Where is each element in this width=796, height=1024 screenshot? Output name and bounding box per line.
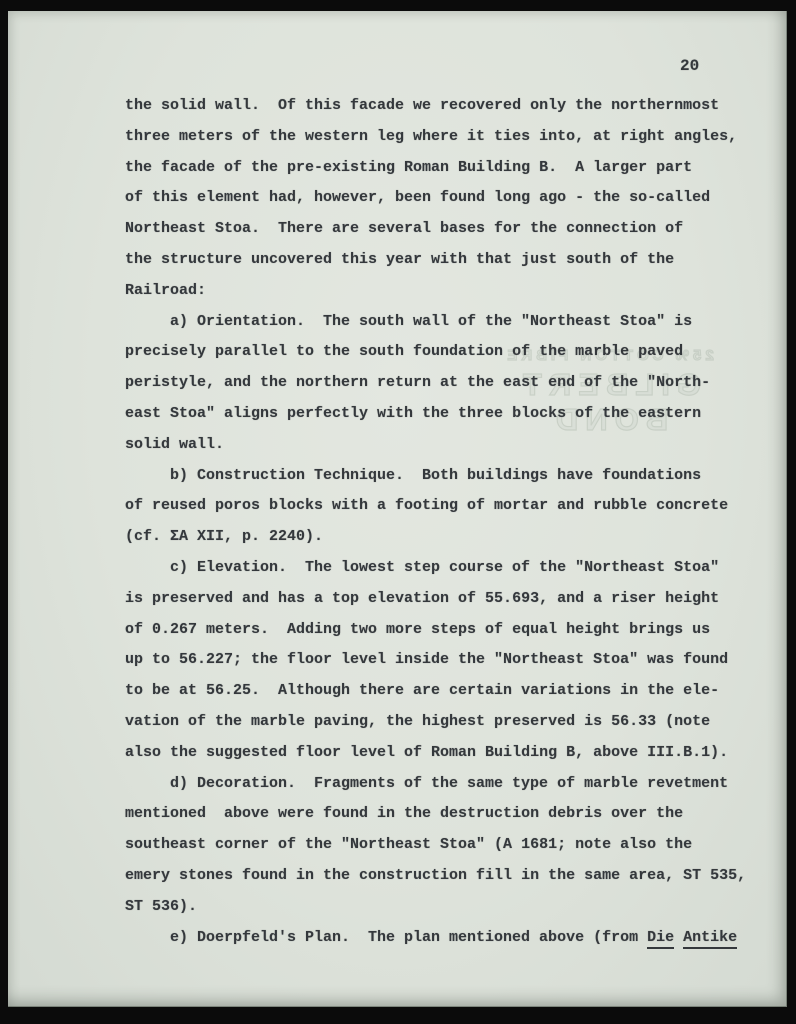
text-segment: emery stones found in the construction f… bbox=[125, 867, 746, 884]
text-line: precisely parallel to the south foundati… bbox=[125, 337, 773, 368]
text-segment: east Stoa" aligns perfectly with the thr… bbox=[125, 405, 701, 422]
text-segment: ST 536). bbox=[125, 898, 197, 915]
text-segment: mentioned above were found in the destru… bbox=[125, 805, 683, 822]
underlined-text: Antike bbox=[683, 929, 737, 949]
text-line: up to 56.227; the floor level inside the… bbox=[125, 645, 773, 676]
text-segment: of reused poros blocks with a footing of… bbox=[125, 497, 728, 514]
text-line: emery stones found in the construction f… bbox=[125, 861, 773, 892]
text-line: d) Decoration. Fragments of the same typ… bbox=[125, 769, 773, 800]
text-line: to be at 56.25. Although there are certa… bbox=[125, 676, 773, 707]
text-line: of this element had, however, been found… bbox=[125, 183, 773, 214]
document-body: the solid wall. Of this facade we recove… bbox=[125, 91, 773, 953]
text-line: the structure uncovered this year with t… bbox=[125, 245, 773, 276]
text-line: a) Orientation. The south wall of the "N… bbox=[125, 307, 773, 338]
text-segment: to be at 56.25. Although there are certa… bbox=[125, 682, 719, 699]
text-segment: up to 56.227; the floor level inside the… bbox=[125, 651, 728, 668]
text-segment: c) Elevation. The lowest step course of … bbox=[170, 559, 719, 576]
text-line: the solid wall. Of this facade we recove… bbox=[125, 91, 773, 122]
text-segment: of this element had, however, been found… bbox=[125, 189, 710, 206]
text-segment: precisely parallel to the south foundati… bbox=[125, 343, 683, 360]
text-segment bbox=[674, 929, 683, 946]
text-segment: (cf. ΣA XII, p. 2240). bbox=[125, 528, 323, 545]
text-segment: also the suggested floor level of Roman … bbox=[125, 744, 728, 761]
text-line: southeast corner of the "Northeast Stoa"… bbox=[125, 830, 773, 861]
text-line: three meters of the western leg where it… bbox=[125, 122, 773, 153]
text-segment: e) Doerpfeld's Plan. The plan mentioned … bbox=[170, 929, 647, 946]
text-line: c) Elevation. The lowest step course of … bbox=[125, 553, 773, 584]
text-segment: b) Construction Technique. Both building… bbox=[170, 467, 701, 484]
text-line: is preserved and has a top elevation of … bbox=[125, 584, 773, 615]
text-segment: d) Decoration. Fragments of the same typ… bbox=[170, 775, 728, 792]
text-line: also the suggested floor level of Roman … bbox=[125, 738, 773, 769]
text-line: of 0.267 meters. Adding two more steps o… bbox=[125, 615, 773, 646]
page-number: 20 bbox=[680, 57, 699, 75]
text-line: b) Construction Technique. Both building… bbox=[125, 461, 773, 492]
text-segment: Railroad: bbox=[125, 282, 206, 299]
text-line: ST 536). bbox=[125, 892, 773, 923]
text-line: of reused poros blocks with a footing of… bbox=[125, 491, 773, 522]
text-segment: the structure uncovered this year with t… bbox=[125, 251, 674, 268]
underlined-text: Die bbox=[647, 929, 674, 949]
text-line: e) Doerpfeld's Plan. The plan mentioned … bbox=[125, 923, 773, 954]
text-segment: the solid wall. Of this facade we recove… bbox=[125, 97, 719, 114]
text-line: vation of the marble paving, the highest… bbox=[125, 707, 773, 738]
text-segment: the facade of the pre-existing Roman Bui… bbox=[125, 159, 692, 176]
text-segment: is preserved and has a top elevation of … bbox=[125, 590, 719, 607]
text-line: Northeast Stoa. There are several bases … bbox=[125, 214, 773, 245]
text-line: peristyle, and the northern return at th… bbox=[125, 368, 773, 399]
text-segment: of 0.267 meters. Adding two more steps o… bbox=[125, 621, 710, 638]
document-page: 25% COTTON FIBRE GILBERT BOND 20 the sol… bbox=[8, 11, 787, 1007]
text-line: Railroad: bbox=[125, 276, 773, 307]
text-line: solid wall. bbox=[125, 430, 773, 461]
text-line: east Stoa" aligns perfectly with the thr… bbox=[125, 399, 773, 430]
text-segment: a) Orientation. The south wall of the "N… bbox=[170, 313, 692, 330]
text-line: (cf. ΣA XII, p. 2240). bbox=[125, 522, 773, 553]
scanner-background: { "page": { "number": "20", "colors": { … bbox=[0, 0, 796, 1024]
text-line: the facade of the pre-existing Roman Bui… bbox=[125, 153, 773, 184]
text-segment: Northeast Stoa. There are several bases … bbox=[125, 220, 683, 237]
text-segment: solid wall. bbox=[125, 436, 224, 453]
text-line: mentioned above were found in the destru… bbox=[125, 799, 773, 830]
text-segment: southeast corner of the "Northeast Stoa"… bbox=[125, 836, 692, 853]
text-segment: vation of the marble paving, the highest… bbox=[125, 713, 710, 730]
text-segment: peristyle, and the northern return at th… bbox=[125, 374, 710, 391]
text-segment: three meters of the western leg where it… bbox=[125, 128, 737, 145]
